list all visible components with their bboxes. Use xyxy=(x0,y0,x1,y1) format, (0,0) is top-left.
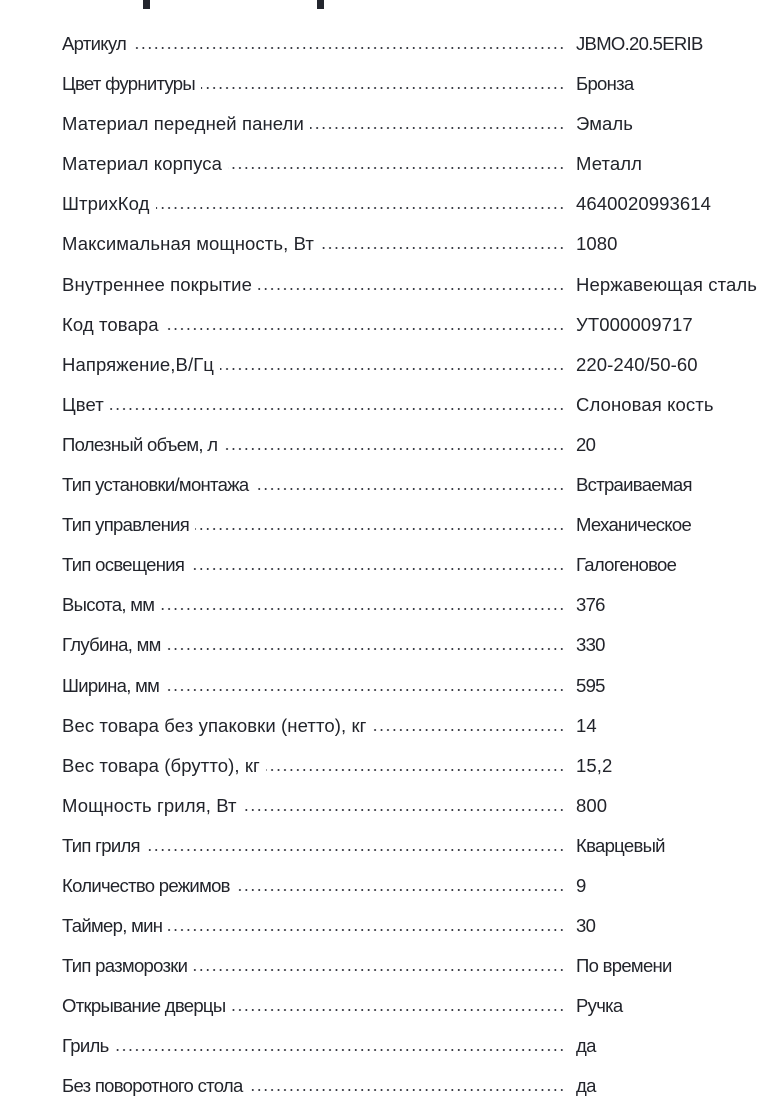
spec-row: Артикул JBMO.20.5ERIB xyxy=(62,24,776,64)
spec-value: Кварцевый xyxy=(576,826,665,866)
spec-row: Материал корпуса Металл xyxy=(62,144,776,184)
spec-value: 1080 xyxy=(576,224,618,264)
spec-value: 800 xyxy=(576,786,607,826)
spec-label: Тип освещения xyxy=(62,545,190,585)
spec-value: Галогеновое xyxy=(576,545,676,585)
dotted-leader: Внутреннее покрытие xyxy=(62,265,565,305)
spec-label: Таймер, мин xyxy=(62,906,168,946)
spec-row: Цвет фурнитуры Бронза xyxy=(62,64,776,104)
dotted-leader: Без поворотного стола xyxy=(62,1066,565,1103)
spec-label: Количество режимов xyxy=(62,866,236,906)
dotted-leader: Высота, мм xyxy=(62,585,565,625)
dotted-leader: Таймер, мин xyxy=(62,906,565,946)
spec-row: Высота, мм 376 xyxy=(62,585,776,625)
spec-row: ШтрихКод 4640020993614 xyxy=(62,184,776,224)
spec-label: Открывание дверцы xyxy=(62,986,231,1026)
spec-value: да xyxy=(576,1066,596,1103)
spec-label: Материал корпуса xyxy=(62,144,228,184)
spec-value: да xyxy=(576,1026,596,1066)
spec-value: 376 xyxy=(576,585,605,625)
spec-row: Вес товара без упаковки (нетто), кг 14 xyxy=(62,706,776,746)
spec-row: Напряжение,В/Гц 220-240/50-60 xyxy=(62,345,776,385)
spec-label: Вес товара (брутто), кг xyxy=(62,746,266,786)
spec-row: Внутреннее покрытие Нержавеющая сталь xyxy=(62,265,776,305)
spec-label: Тип установки/монтажа xyxy=(62,465,254,505)
dotted-leader: Полезный объем, л xyxy=(62,425,565,465)
spec-value: 15,2 xyxy=(576,746,612,786)
spec-row: Тип освещения Галогеновое xyxy=(62,545,776,585)
spec-row: Тип гриля Кварцевый xyxy=(62,826,776,866)
spec-row: Вес товара (брутто), кг 15,2 xyxy=(62,746,776,786)
spec-value: 20 xyxy=(576,425,595,465)
spec-row: Код товара УТ000009717 xyxy=(62,305,776,345)
dotted-leader: Максимальная мощность, Вт xyxy=(62,224,565,264)
heading-fragment xyxy=(317,0,324,9)
spec-label: Материал передней панели xyxy=(62,104,310,144)
spec-label: Тип управления xyxy=(62,505,195,545)
spec-value: 30 xyxy=(576,906,595,946)
spec-row: Открывание дверцы Ручка xyxy=(62,986,776,1026)
spec-label: Напряжение,В/Гц xyxy=(62,345,220,385)
dotted-leader: Гриль xyxy=(62,1026,565,1066)
spec-value: Бронза xyxy=(576,64,634,104)
spec-value: 14 xyxy=(576,706,597,746)
spec-row: Материал передней панели Эмаль xyxy=(62,104,776,144)
spec-value: Слоновая кость xyxy=(576,385,714,425)
dotted-leader: Вес товара без упаковки (нетто), кг xyxy=(62,706,565,746)
dotted-leader: Тип разморозки xyxy=(62,946,565,986)
spec-value: 4640020993614 xyxy=(576,184,711,224)
spec-value: Нержавеющая сталь xyxy=(576,265,757,305)
spec-label: Тип разморозки xyxy=(62,946,193,986)
spec-value: 595 xyxy=(576,666,605,706)
dotted-leader: Цвет xyxy=(62,385,565,425)
dotted-leader: ШтрихКод xyxy=(62,184,565,224)
spec-label: Цвет фурнитуры xyxy=(62,64,201,104)
spec-label: Артикул xyxy=(62,24,132,64)
dotted-leader: Цвет фурнитуры xyxy=(62,64,565,104)
dotted-leader: Артикул xyxy=(62,24,565,64)
spec-label: Код товара xyxy=(62,305,165,345)
dotted-leader: Количество режимов xyxy=(62,866,565,906)
spec-value: 330 xyxy=(576,625,605,665)
dotted-leader: Тип управления xyxy=(62,505,565,545)
spec-label: Без поворотного стола xyxy=(62,1066,249,1103)
spec-value: JBMO.20.5ERIB xyxy=(576,24,703,64)
dotted-leader: Мощность гриля, Вт xyxy=(62,786,565,826)
spec-row: Таймер, мин 30 xyxy=(62,906,776,946)
spec-row: Полезный объем, л 20 xyxy=(62,425,776,465)
spec-row: Ширина, мм 595 xyxy=(62,666,776,706)
spec-row: Количество режимов 9 xyxy=(62,866,776,906)
spec-value: Механическое xyxy=(576,505,691,545)
spec-value: Металл xyxy=(576,144,642,184)
spec-value: По времени xyxy=(576,946,672,986)
dotted-leader: Тип гриля xyxy=(62,826,565,866)
spec-label: Максимальная мощность, Вт xyxy=(62,224,320,264)
spec-label: Гриль xyxy=(62,1026,115,1066)
dotted-leader: Материал передней панели xyxy=(62,104,565,144)
spec-label: ШтрихКод xyxy=(62,184,156,224)
dotted-leader: Напряжение,В/Гц xyxy=(62,345,565,385)
spec-label: Высота, мм xyxy=(62,585,160,625)
spec-label: Внутреннее покрытие xyxy=(62,265,258,305)
dotted-leader: Ширина, мм xyxy=(62,666,565,706)
dotted-leader: Вес товара (брутто), кг xyxy=(62,746,565,786)
spec-row: Максимальная мощность, Вт 1080 xyxy=(62,224,776,264)
spec-label: Ширина, мм xyxy=(62,666,165,706)
spec-value: УТ000009717 xyxy=(576,305,693,345)
spec-value: 9 xyxy=(576,866,586,906)
spec-label: Вес товара без упаковки (нетто), кг xyxy=(62,706,373,746)
dotted-leader: Глубина, мм xyxy=(62,625,565,665)
spec-label: Полезный объем, л xyxy=(62,425,223,465)
spec-row: Мощность гриля, Вт 800 xyxy=(62,786,776,826)
spec-row: Гриль да xyxy=(62,1026,776,1066)
spec-label: Мощность гриля, Вт xyxy=(62,786,243,826)
dotted-leader: Открывание дверцы xyxy=(62,986,565,1026)
spec-value: Ручка xyxy=(576,986,623,1026)
heading-fragment xyxy=(143,0,150,9)
dotted-leader: Материал корпуса xyxy=(62,144,565,184)
spec-label: Цвет xyxy=(62,385,110,425)
spec-value: 220-240/50-60 xyxy=(576,345,698,385)
dotted-leader: Тип установки/монтажа xyxy=(62,465,565,505)
spec-label: Тип гриля xyxy=(62,826,146,866)
spec-row: Глубина, мм 330 xyxy=(62,625,776,665)
spec-row: Без поворотного стола да xyxy=(62,1066,776,1103)
dotted-leader: Тип освещения xyxy=(62,545,565,585)
spec-row: Тип разморозки По времени xyxy=(62,946,776,986)
spec-value: Эмаль xyxy=(576,104,633,144)
spec-label: Глубина, мм xyxy=(62,625,167,665)
spec-row: Тип управления Механическое xyxy=(62,505,776,545)
dotted-leader: Код товара xyxy=(62,305,565,345)
spec-row: Тип установки/монтажа Встраиваемая xyxy=(62,465,776,505)
spec-list: Артикул JBMO.20.5ERIB Цвет фурнитуры Бро… xyxy=(62,24,776,1103)
spec-value: Встраиваемая xyxy=(576,465,692,505)
spec-row: Цвет Слоновая кость xyxy=(62,385,776,425)
